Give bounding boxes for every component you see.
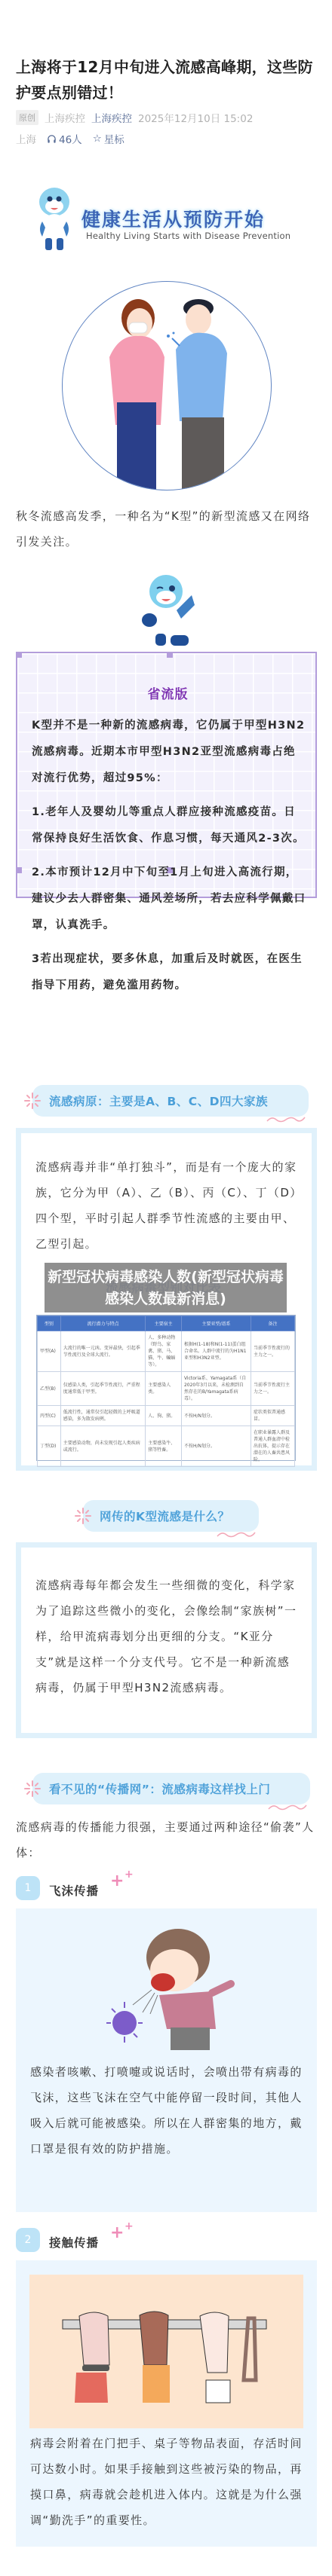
- table-row: 丁型(D) 主要感染动物，尚未发现引起人类疾病或流行。 主要感染牛、猪等牲畜。 …: [38, 1426, 295, 1467]
- table-cell: 大流行的唯一元凶。变异最快，引起季节性流行及全球大流行。: [60, 1331, 146, 1372]
- table-cell: Victoria系、Yamagata系（自2020年3月以来，未检测到自然存在的…: [181, 1372, 251, 1406]
- table-header: 主要亚型/谱系: [181, 1316, 251, 1331]
- listen-count: 46人: [59, 131, 82, 146]
- table-row: 甲型(A) 大流行的唯一元凶。变异最快，引起季节性流行及全球大流行。 人、多种动…: [38, 1331, 295, 1372]
- corner-decoration: [167, 652, 173, 658]
- star-button[interactable]: ☆ 星标: [93, 131, 124, 146]
- section-heading-k-type: 网传的K型流感是什么？: [83, 1500, 259, 1532]
- original-badge: 原创: [16, 110, 38, 125]
- intro-paragraph: 秋冬流感高发季，一种名为“K型”的新型流感又在网络引发关注。: [16, 503, 318, 555]
- plus-decoration-icon: +: [110, 2223, 124, 2242]
- table-cell: 当前季节性流行主力之一。: [251, 1372, 295, 1406]
- plus-decoration-icon: +: [110, 1872, 124, 1890]
- route-heading-droplet: 1 飞沫传播 + +: [16, 1876, 167, 1903]
- section-heading-text: 看不见的“传播网”：流感病毒这样找上门: [49, 1780, 270, 1797]
- table-cell: 人、狗、猪。: [146, 1406, 182, 1426]
- table-cell: 丁型(D): [38, 1426, 61, 1467]
- transmission-intro: 流感病毒的传播能力很强，主要通过两种途径“偷袭”人体：: [16, 1814, 318, 1866]
- table-cell: 不按H/N划分。: [181, 1426, 251, 1467]
- table-header: 主要宿主: [146, 1316, 182, 1331]
- mascot-icon: [35, 184, 74, 253]
- contact-panel: 病毒会附着在门把手、桌子等物品表面，存活时间可达数小时。如果手接触到这些被污染的…: [16, 2260, 317, 2547]
- route-heading-contact: 2 接触传播 + +: [16, 2228, 167, 2255]
- squiggle-decoration: [268, 1803, 307, 1811]
- article-meta-row: 原创 上海疾控 上海疾控 2025年12月10日 15:02: [16, 108, 253, 127]
- step-number-badge: 2: [16, 2228, 40, 2252]
- table-cell: 仅感染人类，引起季节性流行，严重程度通常低于甲型。: [60, 1372, 146, 1406]
- table-cell: 主要感染牛、猪等牲畜。: [146, 1426, 182, 1467]
- table-cell: 人、多种动物（野鸟、家禽、猪、马、猫、牛、蝙蝠等）。: [146, 1331, 182, 1372]
- summary-card: 省流版 K型并不是一种新的流感病毒，它仍属于甲型H3N2流感病毒。近期本市甲型H…: [16, 652, 317, 898]
- section-heading-transmission: 看不见的“传播网”：流感病毒这样找上门: [32, 1773, 310, 1804]
- overlay-caption-banner: 新型冠状病毒感染人数(新型冠状病毒感染人数最新消息): [45, 1263, 287, 1312]
- sparkle-icon: [74, 1507, 92, 1525]
- table-header: 流行潜力与特点: [60, 1316, 146, 1331]
- author-name: 上海疾控: [45, 110, 85, 125]
- banner-title: 健康生活从预防开始: [81, 205, 265, 232]
- k-type-paragraph: 流感病毒每年都会发生一些细微的变化，科学家为了追踪这些微小的变化，会像绘制“家族…: [35, 1572, 300, 1701]
- table-row: 丙型(C) 低流行性，通常仅引起轻微的上呼吸道感染，多为散发病例。 人、狗、猪。…: [38, 1406, 295, 1426]
- table-cell: 根据H(1-18)和N(1-11)蛋白组合命名。人群中流行的为H1N1亚型和H3…: [181, 1331, 251, 1372]
- sparkle-icon: [23, 1780, 41, 1798]
- table-cell: 低流行性，通常仅引起轻微的上呼吸道感染，多为散发病例。: [60, 1406, 146, 1426]
- hero-illustration: [62, 281, 272, 490]
- summary-paragraph: 3若出现症状，要多休息，加重后及时就医，在医生指导下用药，避免滥用药物。: [32, 946, 306, 999]
- section-heading-text: 网传的K型流感是什么？: [100, 1508, 230, 1524]
- banner-subtitle: Healthy Living Starts with Disease Preve…: [86, 231, 290, 241]
- droplet-panel: 感染者咳嗽、打喷嚏或说话时，会喷出带有病毒的飞沫，这些飞沫在空气中能停留一段时间…: [16, 1908, 317, 2212]
- hands-on-rail-illustration: [29, 2275, 303, 2428]
- location: 上海: [16, 131, 36, 146]
- summary-card-body: K型并不是一种新的流感病毒，它仍属于甲型H3N2流感病毒。近期本市甲型H3N2亚…: [32, 713, 306, 1007]
- step-number-badge: 1: [16, 1876, 40, 1900]
- corner-decoration: [16, 867, 22, 873]
- summary-paragraph: K型并不是一种新的流感病毒，它仍属于甲型H3N2流感病毒。近期本市甲型H3N2亚…: [32, 713, 306, 792]
- k-type-box: 流感病毒每年都会发生一些细微的变化，科学家为了追踪这些微小的变化，会像绘制“家族…: [16, 1542, 317, 1738]
- corner-decoration: [16, 652, 22, 658]
- headphones-icon: [47, 134, 57, 144]
- article-meta-row-2: 上海 46人 ☆ 星标: [16, 130, 124, 148]
- squiggle-decoration: [217, 1530, 256, 1538]
- route-title: 接触传播: [49, 2234, 99, 2251]
- article-title: 上海将于12月中旬进入流感高峰期，这些防护要点别错过！: [16, 54, 318, 105]
- section-heading-text: 流感病原：主要是A、B、C、D四大家族: [49, 1092, 268, 1109]
- pathogens-paragraph: 流感病毒并非“单打独斗”，而是有一个庞大的家族，它分为甲（A）、乙（B）、丙（C…: [35, 1154, 300, 1257]
- section-heading-pathogens: 流感病原：主要是A、B、C、D四大家族: [32, 1085, 309, 1117]
- table-cell: 不按H/N划分。: [181, 1406, 251, 1426]
- publish-datetime: 2025年12月10日 15:02: [138, 110, 253, 125]
- table-cell: 甲型(A): [38, 1331, 61, 1372]
- table-header: 型别: [38, 1316, 61, 1331]
- listen-button[interactable]: 46人: [47, 131, 82, 146]
- sparkle-icon: [23, 1092, 41, 1110]
- table-cell: 乙型(B): [38, 1372, 61, 1406]
- table-cell: 丙型(C): [38, 1406, 61, 1426]
- route-description: 病毒会附着在门把手、桌子等物品表面，存活时间可达数小时。如果手接触到这些被污染的…: [30, 2431, 305, 2533]
- table-cell: 主要感染动物，尚未发现引起人类疾病或流行。: [60, 1426, 146, 1467]
- star-label: 星标: [104, 131, 124, 146]
- account-link[interactable]: 上海疾控: [91, 110, 132, 125]
- table-cell: 当前季节性流行的主力之一。: [251, 1331, 295, 1372]
- table-cell: 症状类似普通感冒。: [251, 1406, 295, 1426]
- table-header: 备注: [251, 1316, 295, 1331]
- star-icon: ☆: [93, 133, 102, 145]
- squiggle-decoration: [266, 1115, 306, 1123]
- route-title: 飞沫传播: [49, 1882, 99, 1899]
- table-cell: 主要感染人类。: [146, 1372, 182, 1406]
- plus-decoration-icon: +: [124, 1869, 134, 1881]
- waving-mascot-icon: [130, 569, 205, 652]
- table-cell: 在职业暴露人群及普通人群血清中检出抗体，提示存在潜在的人畜共患风险。: [251, 1426, 295, 1467]
- plus-decoration-icon: +: [124, 2220, 134, 2232]
- table-row: 乙型(B) 仅感染人类，引起季节性流行，严重程度通常低于甲型。 主要感染人类。 …: [38, 1372, 295, 1406]
- summary-paragraph: 2.本市预计12月中下旬至1月上旬进入高流行期，建议少去人群密集、通风差场所，若…: [32, 860, 306, 939]
- summary-card-title: 省流版: [17, 683, 318, 702]
- route-description: 感染者咳嗽、打喷嚏或说话时，会喷出带有病毒的飞沫，这些飞沫在空气中能停留一段时间…: [30, 2059, 305, 2162]
- coughing-person-illustration: [106, 1924, 235, 2055]
- flu-type-comparison-table: 型别 流行潜力与特点 主要宿主 主要亚型/谱系 备注 甲型(A) 大流行的唯一元…: [36, 1315, 296, 1461]
- summary-paragraph: 1.老年人及婴幼儿等重点人群应接种流感疫苗。日常保持良好生活饮食、作息习惯，每天…: [32, 799, 306, 852]
